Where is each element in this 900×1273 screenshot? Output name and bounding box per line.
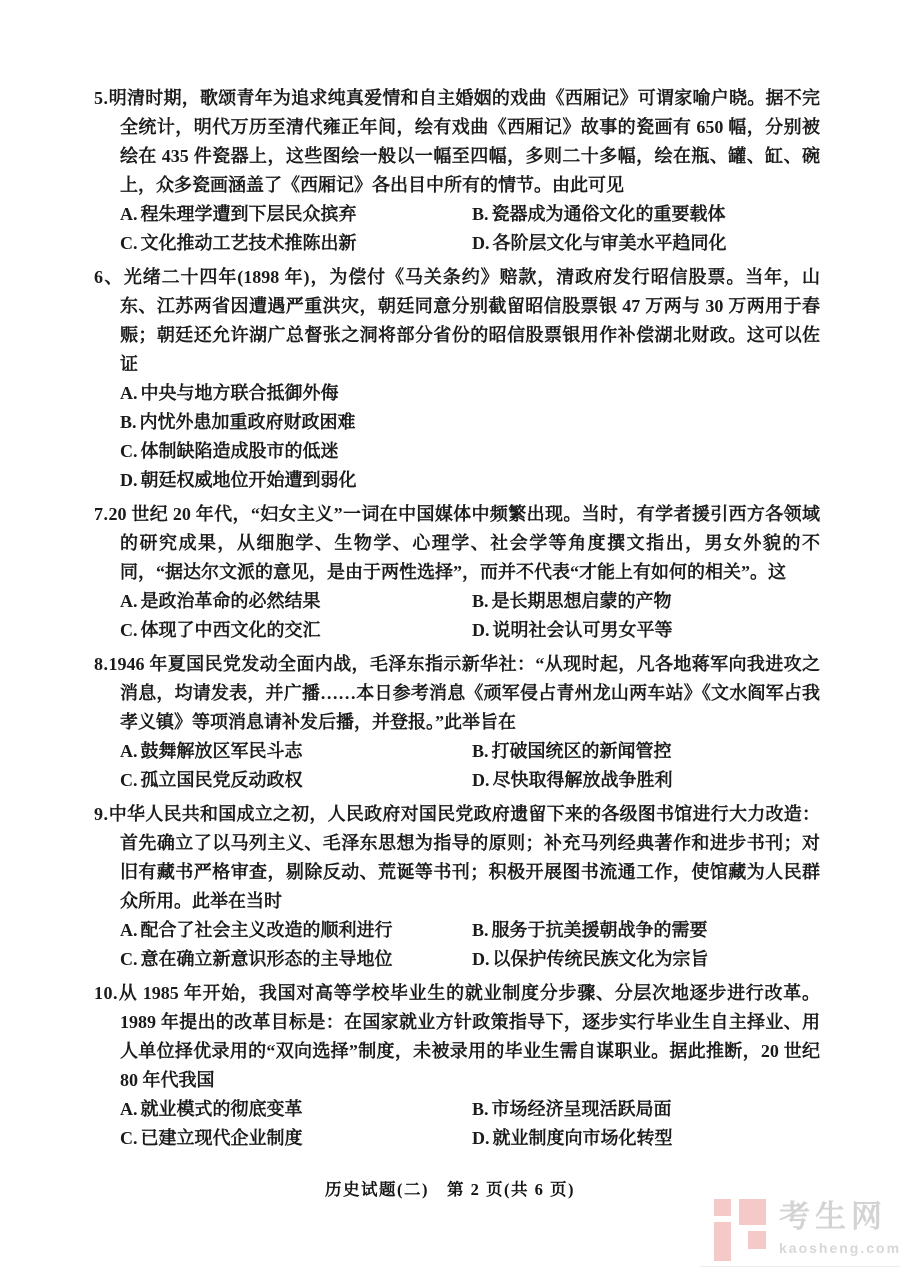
question-options: A.程朱理学遭到下层民众摈弃B.瓷器成为通俗文化的重要载体C.文化推动工艺技术推… bbox=[94, 200, 820, 258]
question-8-option-C: C.孤立国民党反动政权 bbox=[120, 766, 472, 795]
question-stem: 8.1946 年夏国民党发动全面内战，毛泽东指示新华社：“从现时起，凡各地蒋军向… bbox=[94, 650, 820, 737]
question-6-option-C: C.体制缺陷造成股市的低迷 bbox=[120, 437, 820, 466]
option-text: 是长期思想启蒙的产物 bbox=[492, 591, 672, 611]
option-label: C. bbox=[120, 1128, 138, 1148]
option-text: 鼓舞解放区军民斗志 bbox=[141, 741, 303, 761]
question-stem-text: 中华人民共和国成立之初，人民政府对国民党政府遗留下来的各级图书馆进行大力改造：首… bbox=[109, 804, 821, 911]
option-label: B. bbox=[472, 1099, 489, 1119]
question-stem: 9.中华人民共和国成立之初，人民政府对国民党政府遗留下来的各级图书馆进行大力改造… bbox=[94, 800, 820, 916]
option-label: B. bbox=[472, 591, 489, 611]
option-label: D. bbox=[120, 470, 138, 490]
option-label: A. bbox=[120, 741, 138, 761]
option-label: D. bbox=[472, 949, 490, 969]
question-6-option-A: A.中央与地方联合抵御外侮 bbox=[120, 379, 820, 408]
question-9-option-D: D.以保护传统民族文化为宗旨 bbox=[472, 945, 820, 974]
question-10: 10.从 1985 年开始，我国对高等学校毕业生的就业制度分步骤、分层次地逐步进… bbox=[94, 979, 820, 1153]
scan-edge-line bbox=[700, 1266, 900, 1267]
questions-area: 5.明清时期，歌颂青年为追求纯真爱情和自主婚姻的戏曲《西厢记》可谓家喻户晓。据不… bbox=[94, 84, 820, 1158]
option-label: C. bbox=[120, 949, 138, 969]
question-9-option-B: B.服务于抗美援朝战争的需要 bbox=[472, 916, 820, 945]
footer-page-label: 历史试题(二) 第 2 页(共 6 页) bbox=[325, 1180, 575, 1199]
option-label: A. bbox=[120, 1099, 138, 1119]
question-9-option-A: A.配合了社会主义改造的顺利进行 bbox=[120, 916, 472, 945]
option-label: B. bbox=[472, 920, 489, 940]
option-text: 已建立现代企业制度 bbox=[141, 1128, 303, 1148]
question-stem-text: 1946 年夏国民党发动全面内战，毛泽东指示新华社：“从现时起，凡各地蒋军向我进… bbox=[109, 654, 821, 732]
watermark-text: 考生网 kaosheng.com bbox=[779, 1199, 900, 1257]
option-label: C. bbox=[120, 770, 138, 790]
question-7-option-A: A.是政治革命的必然结果 bbox=[120, 587, 472, 616]
question-stem: 6、光绪二十四年(1898 年)，为偿付《马关条约》赔款，清政府发行昭信股票。当… bbox=[94, 263, 820, 379]
question-number: 9. bbox=[94, 804, 109, 824]
option-label: C. bbox=[120, 233, 138, 253]
option-label: B. bbox=[472, 204, 489, 224]
option-label: C. bbox=[120, 441, 138, 461]
option-text: 服务于抗美援朝战争的需要 bbox=[492, 920, 708, 940]
question-options: A.中央与地方联合抵御外侮B.内忧外患加重政府财政困难C.体制缺陷造成股市的低迷… bbox=[94, 379, 820, 495]
watermark-site-name: 考生网 bbox=[779, 1199, 900, 1235]
option-text: 以保护传统民族文化为宗旨 bbox=[493, 949, 709, 969]
option-text: 就业模式的彻底变革 bbox=[141, 1099, 303, 1119]
question-10-option-D: D.就业制度向市场化转型 bbox=[472, 1124, 820, 1153]
question-6-option-B: B.内忧外患加重政府财政困难 bbox=[120, 408, 820, 437]
question-stem-text: 20 世纪 20 年代，“妇女主义”一词在中国媒体中频繁出现。当时，有学者援引西… bbox=[109, 504, 821, 582]
option-text: 内忧外患加重政府财政困难 bbox=[140, 412, 356, 432]
option-text: 意在确立新意识形态的主导地位 bbox=[141, 949, 393, 969]
question-10-option-C: C.已建立现代企业制度 bbox=[120, 1124, 472, 1153]
option-label: D. bbox=[472, 620, 490, 640]
option-text: 尽快取得解放战争胜利 bbox=[493, 770, 673, 790]
question-stem-text: 光绪二十四年(1898 年)，为偿付《马关条约》赔款，清政府发行昭信股票。当年，… bbox=[120, 267, 820, 374]
question-options: A.就业模式的彻底变革B.市场经济呈现活跃局面C.已建立现代企业制度D.就业制度… bbox=[94, 1095, 820, 1153]
kaosheng-watermark: 考生网 kaosheng.com bbox=[714, 1199, 900, 1261]
question-5-option-B: B.瓷器成为通俗文化的重要载体 bbox=[472, 200, 820, 229]
question-8-option-A: A.鼓舞解放区军民斗志 bbox=[120, 737, 472, 766]
question-8-option-D: D.尽快取得解放战争胜利 bbox=[472, 766, 820, 795]
question-6-option-D: D.朝廷权威地位开始遭到弱化 bbox=[120, 466, 820, 495]
option-label: B. bbox=[120, 412, 137, 432]
question-7-option-D: D.说明社会认可男女平等 bbox=[472, 616, 820, 645]
option-label: D. bbox=[472, 1128, 490, 1148]
kaosheng-logo-icon bbox=[714, 1199, 770, 1261]
option-text: 是政治革命的必然结果 bbox=[141, 591, 321, 611]
option-label: A. bbox=[120, 920, 138, 940]
question-number: 5. bbox=[94, 88, 109, 108]
option-text: 程朱理学遭到下层民众摈弃 bbox=[141, 204, 357, 224]
question-9-option-C: C.意在确立新意识形态的主导地位 bbox=[120, 945, 472, 974]
question-stem: 5.明清时期，歌颂青年为追求纯真爱情和自主婚姻的戏曲《西厢记》可谓家喻户晓。据不… bbox=[94, 84, 820, 200]
option-label: B. bbox=[472, 741, 489, 761]
question-5-option-A: A.程朱理学遭到下层民众摈弃 bbox=[120, 200, 472, 229]
question-9: 9.中华人民共和国成立之初，人民政府对国民党政府遗留下来的各级图书馆进行大力改造… bbox=[94, 800, 820, 974]
option-label: A. bbox=[120, 204, 138, 224]
question-number: 10. bbox=[94, 983, 118, 1003]
question-number: 8. bbox=[94, 654, 109, 674]
option-text: 市场经济呈现活跃局面 bbox=[492, 1099, 672, 1119]
question-stem: 10.从 1985 年开始，我国对高等学校毕业生的就业制度分步骤、分层次地逐步进… bbox=[94, 979, 820, 1095]
page-footer: 历史试题(二) 第 2 页(共 6 页) bbox=[0, 1176, 900, 1200]
option-label: D. bbox=[472, 770, 490, 790]
option-text: 说明社会认可男女平等 bbox=[493, 620, 673, 640]
option-text: 打破国统区的新闻管控 bbox=[492, 741, 672, 761]
question-10-option-A: A.就业模式的彻底变革 bbox=[120, 1095, 472, 1124]
option-text: 配合了社会主义改造的顺利进行 bbox=[141, 920, 393, 940]
question-5-option-C: C.文化推动工艺技术推陈出新 bbox=[120, 229, 472, 258]
option-text: 体制缺陷造成股市的低迷 bbox=[141, 441, 339, 461]
option-label: A. bbox=[120, 591, 138, 611]
option-text: 瓷器成为通俗文化的重要载体 bbox=[492, 204, 726, 224]
option-text: 体现了中西文化的交汇 bbox=[141, 620, 321, 640]
question-options: A.是政治革命的必然结果B.是长期思想启蒙的产物C.体现了中西文化的交汇D.说明… bbox=[94, 587, 820, 645]
question-stem-text: 从 1985 年开始，我国对高等学校毕业生的就业制度分步骤、分层次地逐步进行改革… bbox=[118, 983, 820, 1090]
option-label: D. bbox=[472, 233, 490, 253]
question-7: 7.20 世纪 20 年代，“妇女主义”一词在中国媒体中频繁出现。当时，有学者援… bbox=[94, 500, 820, 645]
option-label: C. bbox=[120, 620, 138, 640]
option-text: 就业制度向市场化转型 bbox=[493, 1128, 673, 1148]
question-7-option-B: B.是长期思想启蒙的产物 bbox=[472, 587, 820, 616]
question-number: 7. bbox=[94, 504, 109, 524]
question-stem: 7.20 世纪 20 年代，“妇女主义”一词在中国媒体中频繁出现。当时，有学者援… bbox=[94, 500, 820, 587]
question-5-option-D: D.各阶层文化与审美水平趋同化 bbox=[472, 229, 820, 258]
question-6: 6、光绪二十四年(1898 年)，为偿付《马关条约》赔款，清政府发行昭信股票。当… bbox=[94, 263, 820, 495]
question-options: A.鼓舞解放区军民斗志B.打破国统区的新闻管控C.孤立国民党反动政权D.尽快取得… bbox=[94, 737, 820, 795]
watermark-site-url: kaosheng.com bbox=[779, 1239, 900, 1257]
question-5: 5.明清时期，歌颂青年为追求纯真爱情和自主婚姻的戏曲《西厢记》可谓家喻户晓。据不… bbox=[94, 84, 820, 258]
question-options: A.配合了社会主义改造的顺利进行B.服务于抗美援朝战争的需要C.意在确立新意识形… bbox=[94, 916, 820, 974]
option-label: A. bbox=[120, 383, 138, 403]
option-text: 各阶层文化与审美水平趋同化 bbox=[493, 233, 727, 253]
question-10-option-B: B.市场经济呈现活跃局面 bbox=[472, 1095, 820, 1124]
option-text: 中央与地方联合抵御外侮 bbox=[141, 383, 339, 403]
option-text: 文化推动工艺技术推陈出新 bbox=[141, 233, 357, 253]
question-8: 8.1946 年夏国民党发动全面内战，毛泽东指示新华社：“从现时起，凡各地蒋军向… bbox=[94, 650, 820, 795]
option-text: 朝廷权威地位开始遭到弱化 bbox=[141, 470, 357, 490]
question-7-option-C: C.体现了中西文化的交汇 bbox=[120, 616, 472, 645]
question-8-option-B: B.打破国统区的新闻管控 bbox=[472, 737, 820, 766]
question-stem-text: 明清时期，歌颂青年为追求纯真爱情和自主婚姻的戏曲《西厢记》可谓家喻户晓。据不完全… bbox=[109, 88, 821, 195]
option-text: 孤立国民党反动政权 bbox=[141, 770, 303, 790]
question-number: 6、 bbox=[94, 267, 124, 287]
